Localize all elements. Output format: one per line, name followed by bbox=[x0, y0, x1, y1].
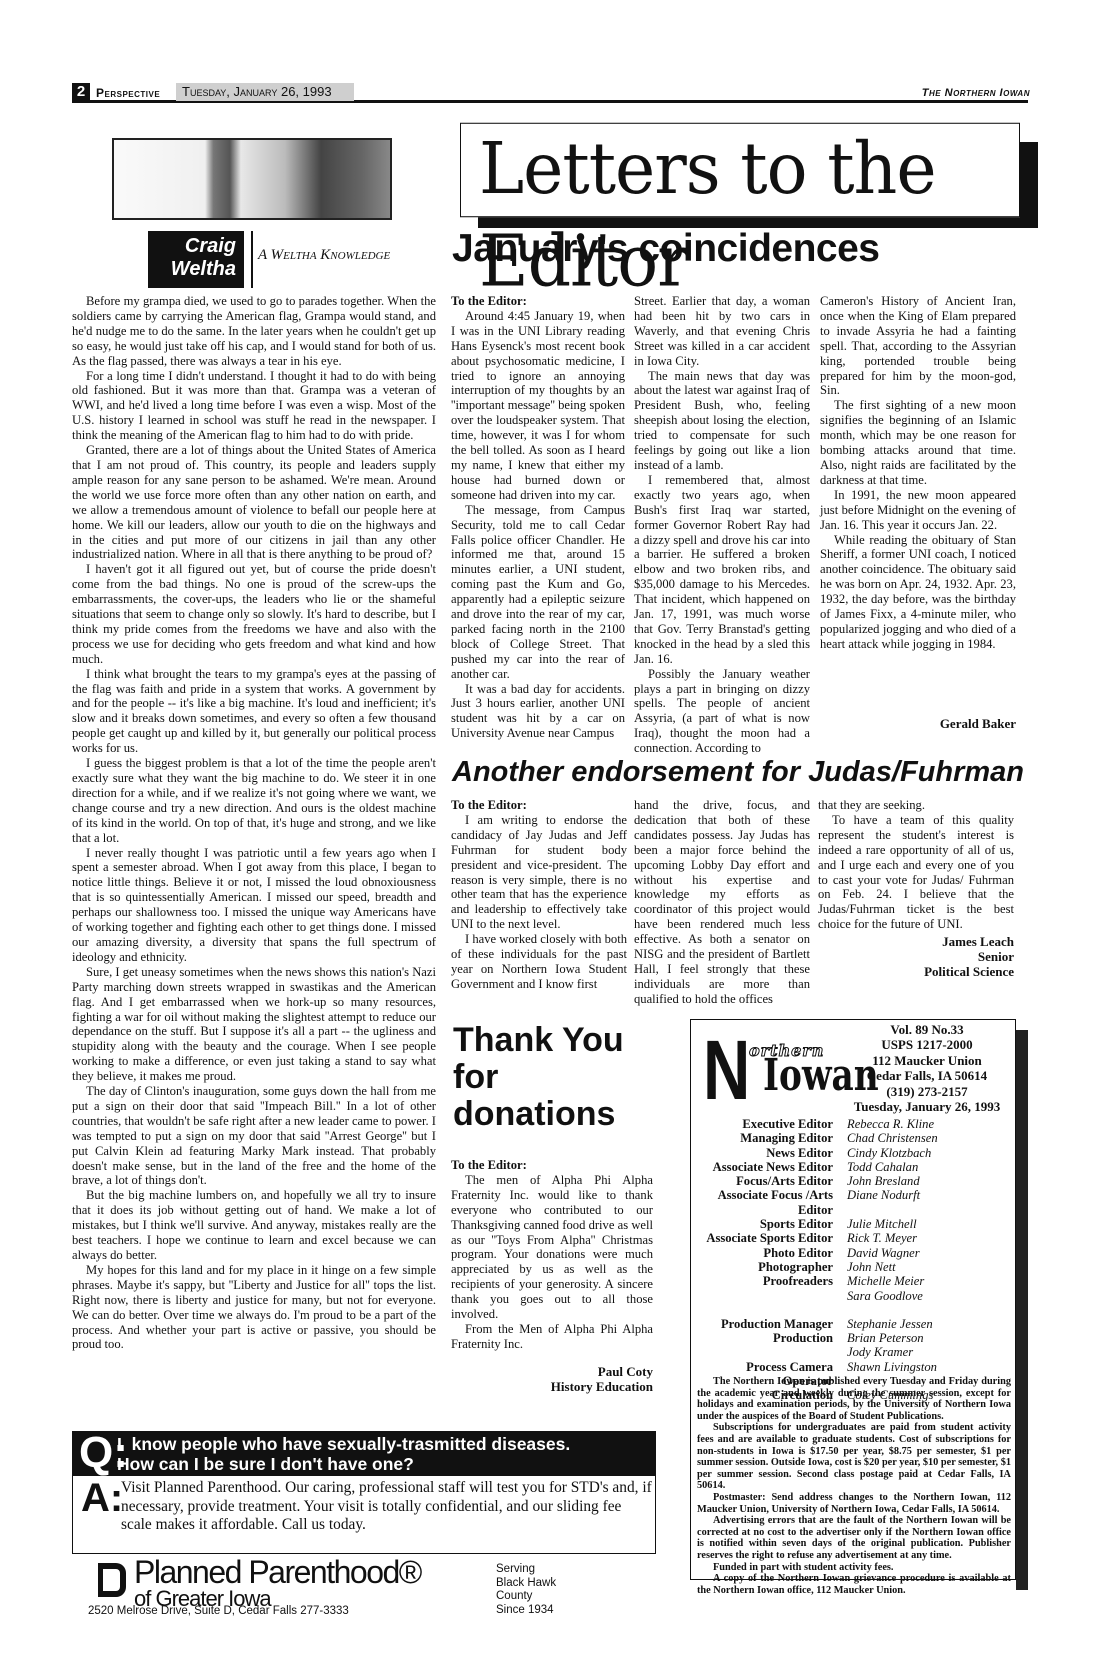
staff-role: News Editor bbox=[699, 1146, 847, 1160]
line: 112 Maucker Union bbox=[841, 1053, 1013, 1068]
letter-headline: Thank You for donations bbox=[453, 1022, 653, 1133]
staff-role: Managing Editor bbox=[699, 1131, 847, 1145]
staff-name: Diane Nodurft bbox=[847, 1188, 920, 1217]
line: USPS 1217-2000 bbox=[841, 1037, 1013, 1052]
staff-row: Sara Goodlove bbox=[699, 1289, 1011, 1303]
salutation: To the Editor: bbox=[451, 798, 627, 813]
paragraph: Before my grampa died, we used to go to … bbox=[72, 294, 436, 369]
letter-headline: Another endorsement for Judas/Fuhrman bbox=[452, 756, 1024, 789]
logo-letter-n: N bbox=[703, 1028, 744, 1112]
masthead-info: Vol. 89 No.33USPS 1217-2000112 Maucker U… bbox=[841, 1022, 1013, 1114]
author-last: Weltha bbox=[148, 258, 236, 281]
paragraph: Cameron's History of Ancient Iran, once … bbox=[820, 294, 1016, 398]
staff-name: Julie Mitchell bbox=[847, 1217, 917, 1231]
staff-row: PhotographerJohn Nett bbox=[699, 1260, 1011, 1274]
masthead-box: N orthern Iowan Vol. 89 No.33USPS 1217-2… bbox=[690, 1019, 1016, 1580]
salutation: To the Editor: bbox=[451, 294, 625, 309]
paragraph: I have worked closely with both of these… bbox=[451, 932, 627, 992]
paragraph: For a long time I didn't understand. I t… bbox=[72, 369, 436, 444]
line: (319) 273-2157 bbox=[841, 1084, 1013, 1099]
paragraph: Granted, there are a lot of things about… bbox=[72, 443, 436, 562]
columnist-photo bbox=[112, 138, 392, 220]
line: Vol. 89 No.33 bbox=[841, 1022, 1013, 1037]
paragraph: The first sighting of a new moon signifi… bbox=[820, 398, 1016, 487]
line: Political Science bbox=[818, 964, 1014, 979]
paragraph: The day of Clinton's inauguration, some … bbox=[72, 1084, 436, 1188]
paragraph: that they are seeking. bbox=[818, 798, 1014, 813]
ad-question-line1: I know people who have sexually-trasmitt… bbox=[117, 1434, 570, 1454]
staff-name: Chad Christensen bbox=[847, 1131, 938, 1145]
column-body: Before my grampa died, we used to go to … bbox=[72, 294, 436, 1352]
a-letter: A: bbox=[81, 1478, 123, 1518]
staff-name: Jody Kramer bbox=[847, 1345, 913, 1359]
paragraph: hand the drive, focus, and dedication th… bbox=[634, 798, 810, 1007]
paragraph: A copy of the Northern Iowan grievance p… bbox=[697, 1573, 1011, 1596]
line: Senior bbox=[818, 949, 1014, 964]
paragraph: The message, from Campus Security, told … bbox=[451, 503, 625, 682]
staff-name: Brian Peterson bbox=[847, 1331, 924, 1345]
staff-name: John Nett bbox=[847, 1260, 896, 1274]
staff-name: Rebecca R. Kline bbox=[847, 1117, 934, 1131]
staff-row: News EditorCindy Klotzbach bbox=[699, 1146, 1011, 1160]
line: County bbox=[496, 1590, 556, 1604]
staff-list: Executive EditorRebecca R. KlineManaging… bbox=[699, 1117, 1011, 1403]
paper-name: The Northern Iowan bbox=[922, 87, 1030, 99]
staff-name: Stephanie Jessen bbox=[847, 1317, 933, 1331]
staff-name: David Wagner bbox=[847, 1246, 920, 1260]
paragraph: My hopes for this land and for my place … bbox=[72, 1263, 436, 1352]
line: Paul Coty bbox=[451, 1364, 653, 1379]
staff-row: Production ManagerStephanie Jessen bbox=[699, 1317, 1011, 1331]
columnist-byline: Craig Weltha bbox=[148, 231, 244, 288]
staff-role: Focus/Arts Editor bbox=[699, 1174, 847, 1188]
paragraph: I think what brought the tears to my gra… bbox=[72, 667, 436, 756]
staff-role: Production bbox=[699, 1331, 847, 1345]
staff-row: Sports EditorJulie Mitchell bbox=[699, 1217, 1011, 1231]
staff-role: Associate Focus /Arts Editor bbox=[699, 1188, 847, 1217]
ad-question-band: Q: I know people who have sexually-trasm… bbox=[73, 1432, 655, 1476]
staff-role: Photo Editor bbox=[699, 1246, 847, 1260]
staff-name: Cindy Klotzbach bbox=[847, 1146, 931, 1160]
paragraph: It was a bad day for accidents. Just 3 h… bbox=[451, 682, 625, 742]
staff-row: Focus/Arts EditorJohn Bresland bbox=[699, 1174, 1011, 1188]
salutation: To the Editor: bbox=[451, 1158, 653, 1173]
letter-signature: James LeachSeniorPolitical Science bbox=[818, 934, 1014, 979]
letter-body-col3: that they are seeking.To have a team of … bbox=[818, 798, 1014, 979]
staff-name: Sara Goodlove bbox=[847, 1289, 923, 1303]
paragraph: I remembered that, almost exactly two ye… bbox=[634, 473, 810, 667]
ad-address: 2520 Melrose Drive, Suite D, Cedar Falls… bbox=[88, 1605, 349, 1617]
paragraph: Postmaster: Send address changes to the … bbox=[697, 1492, 1011, 1515]
letter-body-col1: To the Editor: Around 4:45 January 19, w… bbox=[451, 294, 625, 741]
paragraph: While reading the obituary of Stan Sheri… bbox=[820, 533, 1016, 652]
paragraph: From the Men of Alpha Phi Alpha Fraterni… bbox=[451, 1322, 653, 1352]
paragraph: To have a team of this quality represent… bbox=[818, 813, 1014, 932]
letter-headline: January's coincidences bbox=[452, 227, 879, 271]
paragraph: I am writing to endorse the candidacy of… bbox=[451, 813, 627, 932]
author-first: Craig bbox=[148, 235, 236, 258]
staff-row: Photo EditorDavid Wagner bbox=[699, 1246, 1011, 1260]
page-number: 2 bbox=[72, 83, 90, 101]
letter-body-col3: Cameron's History of Ancient Iran, once … bbox=[820, 294, 1016, 652]
issue-date: Tuesday, January 26, 1993 bbox=[176, 83, 354, 101]
letter-body-col2: hand the drive, focus, and dedication th… bbox=[634, 798, 810, 1007]
paragraph: Possibly the January weather plays a par… bbox=[634, 667, 810, 756]
paragraph: The men of Alpha Phi Alpha Fraternity In… bbox=[451, 1173, 653, 1322]
paragraph: Street. Earlier that day, a woman had be… bbox=[634, 294, 810, 369]
line: James Leach bbox=[818, 934, 1014, 949]
spacer bbox=[699, 1303, 1011, 1317]
letters-banner: Letters to the Editor bbox=[460, 123, 1020, 218]
paragraph: Funded in part with student activity fee… bbox=[697, 1562, 1011, 1574]
staff-name: Michelle Meier bbox=[847, 1274, 924, 1288]
letter-body-col1: To the Editor: I am writing to endorse t… bbox=[451, 798, 627, 992]
letter-body: To the Editor: The men of Alpha Phi Alph… bbox=[451, 1158, 653, 1394]
byline-divider bbox=[251, 231, 253, 288]
staff-row: Executive EditorRebecca R. Kline bbox=[699, 1117, 1011, 1131]
masthead-shadow bbox=[1016, 1030, 1028, 1590]
serving-note: ServingBlack HawkCountySince 1934 bbox=[496, 1563, 556, 1617]
staff-row: Jody Kramer bbox=[699, 1345, 1011, 1359]
paragraph: Around 4:45 January 19, when I was in th… bbox=[451, 309, 625, 503]
planned-parenthood-logo-icon bbox=[98, 1563, 126, 1597]
staff-name: Rick T. Meyer bbox=[847, 1231, 917, 1245]
staff-name: Todd Cahalan bbox=[847, 1160, 918, 1174]
org-name: Planned Parenthood® bbox=[134, 1556, 421, 1588]
paragraph: Sure, I get uneasy sometimes when the ne… bbox=[72, 965, 436, 1084]
paragraph: I never really thought I was patriotic u… bbox=[72, 846, 436, 965]
publication-notice: The Northern Iowan is published every Tu… bbox=[697, 1376, 1011, 1596]
line: Black Hawk bbox=[496, 1577, 556, 1591]
staff-role: Associate Sports Editor bbox=[699, 1231, 847, 1245]
line: History Education bbox=[451, 1379, 653, 1394]
paragraph: I guess the biggest problem is that a lo… bbox=[72, 756, 436, 845]
ad-question: I know people who have sexually-trasmitt… bbox=[117, 1434, 570, 1474]
staff-role: Sports Editor bbox=[699, 1217, 847, 1231]
staff-role bbox=[699, 1345, 847, 1359]
staff-role: Photographer bbox=[699, 1260, 847, 1274]
letter-signature: Gerald Baker bbox=[820, 716, 1016, 731]
staff-role: Executive Editor bbox=[699, 1117, 847, 1131]
staff-row: Managing EditorChad Christensen bbox=[699, 1131, 1011, 1145]
paragraph: The main news that day was about the lat… bbox=[634, 369, 810, 473]
line: Cedar Falls, IA 50614 bbox=[841, 1068, 1013, 1083]
paragraph: In 1991, the new moon appeared just befo… bbox=[820, 488, 1016, 533]
staff-row: ProductionBrian Peterson bbox=[699, 1331, 1011, 1345]
paragraph: The Northern Iowan is published every Tu… bbox=[697, 1376, 1011, 1422]
staff-name: John Bresland bbox=[847, 1174, 920, 1188]
ad-answer: Visit Planned Parenthood. Our caring, pr… bbox=[121, 1479, 655, 1535]
column-name: A Weltha Knowledge bbox=[258, 247, 390, 264]
planned-parenthood-ad: Q: I know people who have sexually-trasm… bbox=[72, 1431, 656, 1554]
line: Tuesday, January 26, 1993 bbox=[841, 1099, 1013, 1114]
paragraph: But the big machine lumbers on, and hope… bbox=[72, 1188, 436, 1263]
staff-row: Associate Sports EditorRick T. Meyer bbox=[699, 1231, 1011, 1245]
line: Serving bbox=[496, 1563, 556, 1577]
letter-signature: Paul CotyHistory Education bbox=[451, 1364, 653, 1394]
staff-row: Associate News EditorTodd Cahalan bbox=[699, 1160, 1011, 1174]
staff-role bbox=[699, 1289, 847, 1303]
paragraph: Advertising errors that are the fault of… bbox=[697, 1515, 1011, 1561]
paragraph: I haven't got it all figured out yet, bu… bbox=[72, 562, 436, 666]
line: Since 1934 bbox=[496, 1604, 556, 1618]
staff-role: Associate News Editor bbox=[699, 1160, 847, 1174]
section-name: Perspective bbox=[96, 86, 160, 100]
paragraph: Subscriptions for undergraduates are pai… bbox=[697, 1422, 1011, 1492]
staff-row: Associate Focus /Arts EditorDiane Nodurf… bbox=[699, 1188, 1011, 1217]
letter-body-col2: Street. Earlier that day, a woman had be… bbox=[634, 294, 810, 756]
ad-question-line2: How can I be sure I don't have one? bbox=[117, 1454, 570, 1474]
staff-role: Production Manager bbox=[699, 1317, 847, 1331]
staff-row: ProofreadersMichelle Meier bbox=[699, 1274, 1011, 1288]
staff-role: Proofreaders bbox=[699, 1274, 847, 1288]
